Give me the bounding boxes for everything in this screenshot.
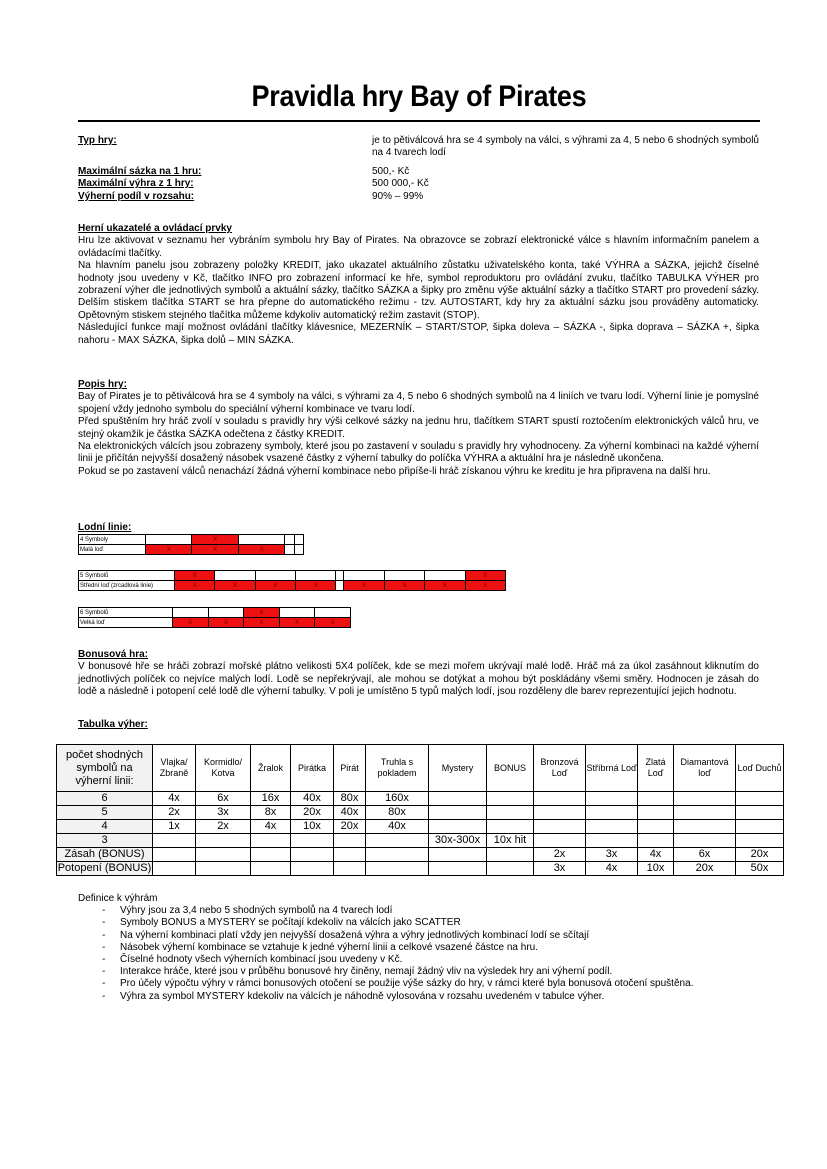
paytable-row-label: 6 — [57, 792, 153, 806]
paytable-cell — [586, 806, 638, 820]
ship-cell-marked: X — [175, 581, 215, 591]
definition-item: Výhry jsou za 3,4 nebo 5 shodných symbol… — [78, 905, 693, 917]
bonus-heading: Bonusová hra: — [78, 649, 759, 661]
paytable-row: 330x-300x10x hit — [57, 834, 784, 848]
paytable-cell: 20x — [291, 806, 334, 820]
ship-cell-empty — [173, 608, 209, 618]
ship-cell-marked: X — [244, 618, 280, 628]
paytable-cell — [334, 862, 366, 876]
ship-cell-marked: X — [175, 571, 215, 581]
ship-cell-marked: X — [279, 618, 315, 628]
paytable-column-header: Žralok — [251, 745, 291, 792]
paytable-cell: 80x — [334, 792, 366, 806]
paytable-cell — [487, 792, 534, 806]
paytable-row: 52x3x8x20x40x80x — [57, 806, 784, 820]
definition-item: Interakce hráče, které jsou v průběhu bo… — [78, 966, 693, 978]
paytable-column-header: Truhla s pokladem — [366, 745, 429, 792]
max-win-label: Maximální výhra z 1 hry: — [78, 178, 194, 190]
paytable-cell — [736, 820, 784, 834]
definition-item: Na výherní kombinaci platí vždy jen nejv… — [78, 930, 693, 942]
page-title: Pravidla hry Bay of Pirates — [112, 80, 726, 114]
ship-cell-empty — [279, 608, 315, 618]
paytable-cell — [487, 820, 534, 834]
ship-row-label: 6 Symbolů — [79, 608, 173, 618]
paytable-cell — [534, 806, 586, 820]
paytable-row-label: Zásah (BONUS) — [57, 848, 153, 862]
paytable-cell — [429, 848, 487, 862]
paytable-cell — [586, 792, 638, 806]
ship-grid-small: 4 SymbolyXMalá loďXXX — [78, 534, 304, 555]
paytable-cell: 4x — [251, 820, 291, 834]
paytable-cell: 20x — [334, 820, 366, 834]
description-paragraph: Před spuštěním hry hráč zvolí v souladu … — [78, 416, 759, 441]
paytable-cell: 10x — [638, 862, 674, 876]
ship-cell-marked: X — [173, 618, 209, 628]
ship-grid-row: 5 SymbolůXX — [79, 571, 506, 581]
ship-row-label: 5 Symbolů — [79, 571, 175, 581]
paytable-cell — [334, 834, 366, 848]
paytable-cell: 4x — [586, 862, 638, 876]
paytable-cell — [196, 862, 251, 876]
ship-row-label: 4 Symboly — [79, 535, 146, 545]
ship-cell-marked: X — [215, 581, 255, 591]
paytable-column-header: Bronzová Loď — [534, 745, 586, 792]
paytable-cell: 20x — [736, 848, 784, 862]
paytable-cell: 4x — [153, 792, 196, 806]
paytable-column-header: Vlajka/ Zbraně — [153, 745, 196, 792]
paytable-cell — [534, 820, 586, 834]
paytable-cell: 10x — [291, 820, 334, 834]
definition-item: Násobek výherní kombinace se vztahuje k … — [78, 942, 693, 954]
paytable-cell: 40x — [291, 792, 334, 806]
ship-cell-empty — [384, 571, 424, 581]
paytable-cell: 6x — [674, 848, 736, 862]
paytable-cell — [153, 834, 196, 848]
ship-cell-empty — [315, 608, 351, 618]
paytable-cell — [291, 834, 334, 848]
paytable-cell — [291, 848, 334, 862]
ship-cell-marked: X — [296, 581, 336, 591]
ship-lines-heading: Lodní linie: — [78, 522, 131, 534]
paytable-cell — [291, 862, 334, 876]
rtp-value: 90% – 99% — [372, 191, 759, 203]
controls-paragraph: Na hlavním panelu jsou zobrazeny položky… — [78, 260, 759, 322]
definitions-heading: Definice k výhrám — [78, 893, 693, 905]
ship-cell-marked: X — [425, 581, 465, 591]
ship-cell-marked: X — [465, 571, 505, 581]
paytable-cell: 2x — [153, 806, 196, 820]
paytable-row: 64x6x16x40x80x160x — [57, 792, 784, 806]
ship-cell-marked: X — [146, 545, 192, 555]
ship-cell-empty — [344, 571, 384, 581]
definitions-list: Výhry jsou za 3,4 nebo 5 shodných symbol… — [78, 905, 693, 1003]
description-paragraph: Pokud se po zastavení válců nenachází žá… — [78, 466, 759, 478]
paytable-cell — [196, 834, 251, 848]
paytable-cell — [429, 820, 487, 834]
paytable-column-header: Mystery — [429, 745, 487, 792]
paytable-cell — [534, 792, 586, 806]
paytable-column-header: Diamantová loď — [674, 745, 736, 792]
ship-cell-empty — [294, 535, 303, 545]
paytable-row-label: 4 — [57, 820, 153, 834]
paytable-cell — [674, 792, 736, 806]
ship-cell-marked: X — [344, 581, 384, 591]
paytable: počet shodných symbolů na výherní linii:… — [56, 744, 784, 876]
controls-heading: Herní ukazatelé a ovládací prvky — [78, 223, 759, 235]
paytable-row: Potopení (BONUS)3x4x10x20x50x — [57, 862, 784, 876]
paytable-cell — [366, 848, 429, 862]
paytable-column-header: Zlatá Loď — [638, 745, 674, 792]
ship-cell-empty — [215, 571, 255, 581]
paytable-column-header: Stříbrná Loď — [586, 745, 638, 792]
paytable-cell — [429, 862, 487, 876]
paytable-cell — [487, 806, 534, 820]
ship-cell-marked: X — [384, 581, 424, 591]
paytable-cell — [674, 834, 736, 848]
paytable-cell — [674, 806, 736, 820]
paytable-cell — [638, 806, 674, 820]
ship-cell-empty — [146, 535, 192, 545]
paytable-cell — [534, 834, 586, 848]
ship-grid-row: Střední loď (zrcadlová linie)XXXXXXXX — [79, 581, 506, 591]
paytable-cell: 40x — [334, 806, 366, 820]
title-divider — [78, 120, 760, 122]
paytable-row-label: Potopení (BONUS) — [57, 862, 153, 876]
description-paragraph: Bay of Pirates je to pětiválcová hra se … — [78, 391, 759, 416]
paytable-cell — [251, 848, 291, 862]
paytable-cell — [429, 806, 487, 820]
ship-grid-large: 6 SymbolůXVelká loďXXXXX — [78, 607, 351, 628]
ship-cell-empty — [208, 608, 244, 618]
definition-item: Pro účely výpočtu výhry v rámci bonusový… — [78, 978, 693, 990]
paytable-cell: 3x — [534, 862, 586, 876]
paytable-cell: 30x-300x — [429, 834, 487, 848]
bonus-section: Bonusová hra: V bonusové hře se hráči zo… — [78, 649, 759, 699]
paytable-column-header: počet shodných symbolů na výherní linii: — [57, 745, 153, 792]
paytable-cell: 20x — [674, 862, 736, 876]
paytable-cell: 3x — [196, 806, 251, 820]
ship-cell-marked: X — [244, 608, 280, 618]
definitions-section: Definice k výhrám Výhry jsou za 3,4 nebo… — [78, 893, 693, 1003]
paytable-cell — [196, 848, 251, 862]
ship-grid-row: 4 SymbolyX — [79, 535, 304, 545]
paytable-cell — [487, 862, 534, 876]
ship-grid-medium: 5 SymbolůXXStřední loď (zrcadlová linie)… — [78, 570, 506, 591]
paytable-cell — [334, 848, 366, 862]
paytable-cell — [153, 848, 196, 862]
paytable-cell — [638, 792, 674, 806]
paytable-cell — [638, 820, 674, 834]
rtp-label: Výherní podíl v rozsahu: — [78, 191, 194, 203]
game-type-label: Typ hry: — [78, 135, 117, 147]
ship-row-label: Střední loď (zrcadlová linie) — [79, 581, 175, 591]
ship-cell-empty — [294, 545, 303, 555]
description-paragraph: Na elektronických válcích jsou zobrazeny… — [78, 441, 759, 466]
ship-row-label: Velká loď — [79, 618, 173, 628]
paytable-cell: 8x — [251, 806, 291, 820]
paytable-cell — [366, 862, 429, 876]
game-type-value: je to pětiválcová hra se 4 symboly na vá… — [372, 135, 759, 160]
description-section: Popis hry: Bay of Pirates je to pětiválc… — [78, 379, 759, 478]
ship-cell-marked: X — [465, 581, 505, 591]
bonus-paragraph: V bonusové hře se hráči zobrazí mořské p… — [78, 661, 759, 698]
paytable-row-label: 5 — [57, 806, 153, 820]
paytable-row: 41x2x4x10x20x40x — [57, 820, 784, 834]
paytable-cell: 4x — [638, 848, 674, 862]
ship-cell-marked: X — [238, 545, 284, 555]
ship-cell-empty — [285, 545, 294, 555]
paytable-cell — [487, 848, 534, 862]
paytable-cell: 2x — [196, 820, 251, 834]
paytable-column-header: Loď Duchů — [736, 745, 784, 792]
paytable-cell — [251, 862, 291, 876]
controls-paragraph: Následující funkce mají možnost ovládání… — [78, 322, 759, 347]
ship-cell-empty — [255, 571, 295, 581]
paytable-cell: 80x — [366, 806, 429, 820]
paytable-cell: 10x hit — [487, 834, 534, 848]
paytable-cell — [586, 820, 638, 834]
paytable-cell — [638, 834, 674, 848]
ship-cell-marked: X — [315, 618, 351, 628]
paytable-cell: 6x — [196, 792, 251, 806]
ship-cell-marked: X — [208, 618, 244, 628]
ship-row-label: Malá loď — [79, 545, 146, 555]
ship-cell-empty — [296, 571, 336, 581]
ship-cell-empty — [238, 535, 284, 545]
ship-grid-row: 6 SymbolůX — [79, 608, 351, 618]
paytable-column-header: Pirát — [334, 745, 366, 792]
paytable-cell — [366, 834, 429, 848]
ship-cell-marked: X — [255, 581, 295, 591]
ship-grid-row: Velká loďXXXXX — [79, 618, 351, 628]
paytable-cell: 1x — [153, 820, 196, 834]
paytable-cell — [736, 834, 784, 848]
ship-cell-marked: X — [192, 535, 238, 545]
ship-cell-empty — [336, 581, 344, 591]
paytable-heading: Tabulka výher: — [78, 719, 148, 731]
max-win-value: 500 000,- Kč — [372, 178, 759, 190]
ship-cell-marked: X — [192, 545, 238, 555]
paytable-column-header: Kormidlo/ Kotva — [196, 745, 251, 792]
paytable-cell: 50x — [736, 862, 784, 876]
paytable-cell: 40x — [366, 820, 429, 834]
controls-paragraph: Hru lze aktivovat v seznamu her vybráním… — [78, 235, 759, 260]
ship-cell-empty — [336, 571, 344, 581]
max-bet-value: 500,- Kč — [372, 166, 759, 178]
definition-item: Výhra za symbol MYSTERY kdekoliv na válc… — [78, 991, 693, 1003]
paytable-cell — [674, 820, 736, 834]
paytable-cell: 2x — [534, 848, 586, 862]
paytable-cell: 3x — [586, 848, 638, 862]
definition-item: Číselné hodnoty všech výherních kombinac… — [78, 954, 693, 966]
definition-item: Symboly BONUS a MYSTERY se počítají kdek… — [78, 917, 693, 929]
paytable-cell — [736, 792, 784, 806]
paytable-cell — [586, 834, 638, 848]
paytable-row-label: 3 — [57, 834, 153, 848]
description-heading: Popis hry: — [78, 379, 759, 391]
ship-cell-empty — [425, 571, 465, 581]
controls-section: Herní ukazatelé a ovládací prvky Hru lze… — [78, 223, 759, 347]
paytable-cell: 160x — [366, 792, 429, 806]
ship-cell-empty — [285, 535, 294, 545]
ship-grid-row: Malá loďXXX — [79, 545, 304, 555]
paytable-cell: 16x — [251, 792, 291, 806]
max-bet-label: Maximální sázka na 1 hru: — [78, 166, 201, 178]
paytable-cell — [153, 862, 196, 876]
paytable-column-header: BONUS — [487, 745, 534, 792]
paytable-row: Zásah (BONUS)2x3x4x6x20x — [57, 848, 784, 862]
paytable-column-header: Pirátka — [291, 745, 334, 792]
paytable-cell — [429, 792, 487, 806]
paytable-cell — [736, 806, 784, 820]
paytable-cell — [251, 834, 291, 848]
